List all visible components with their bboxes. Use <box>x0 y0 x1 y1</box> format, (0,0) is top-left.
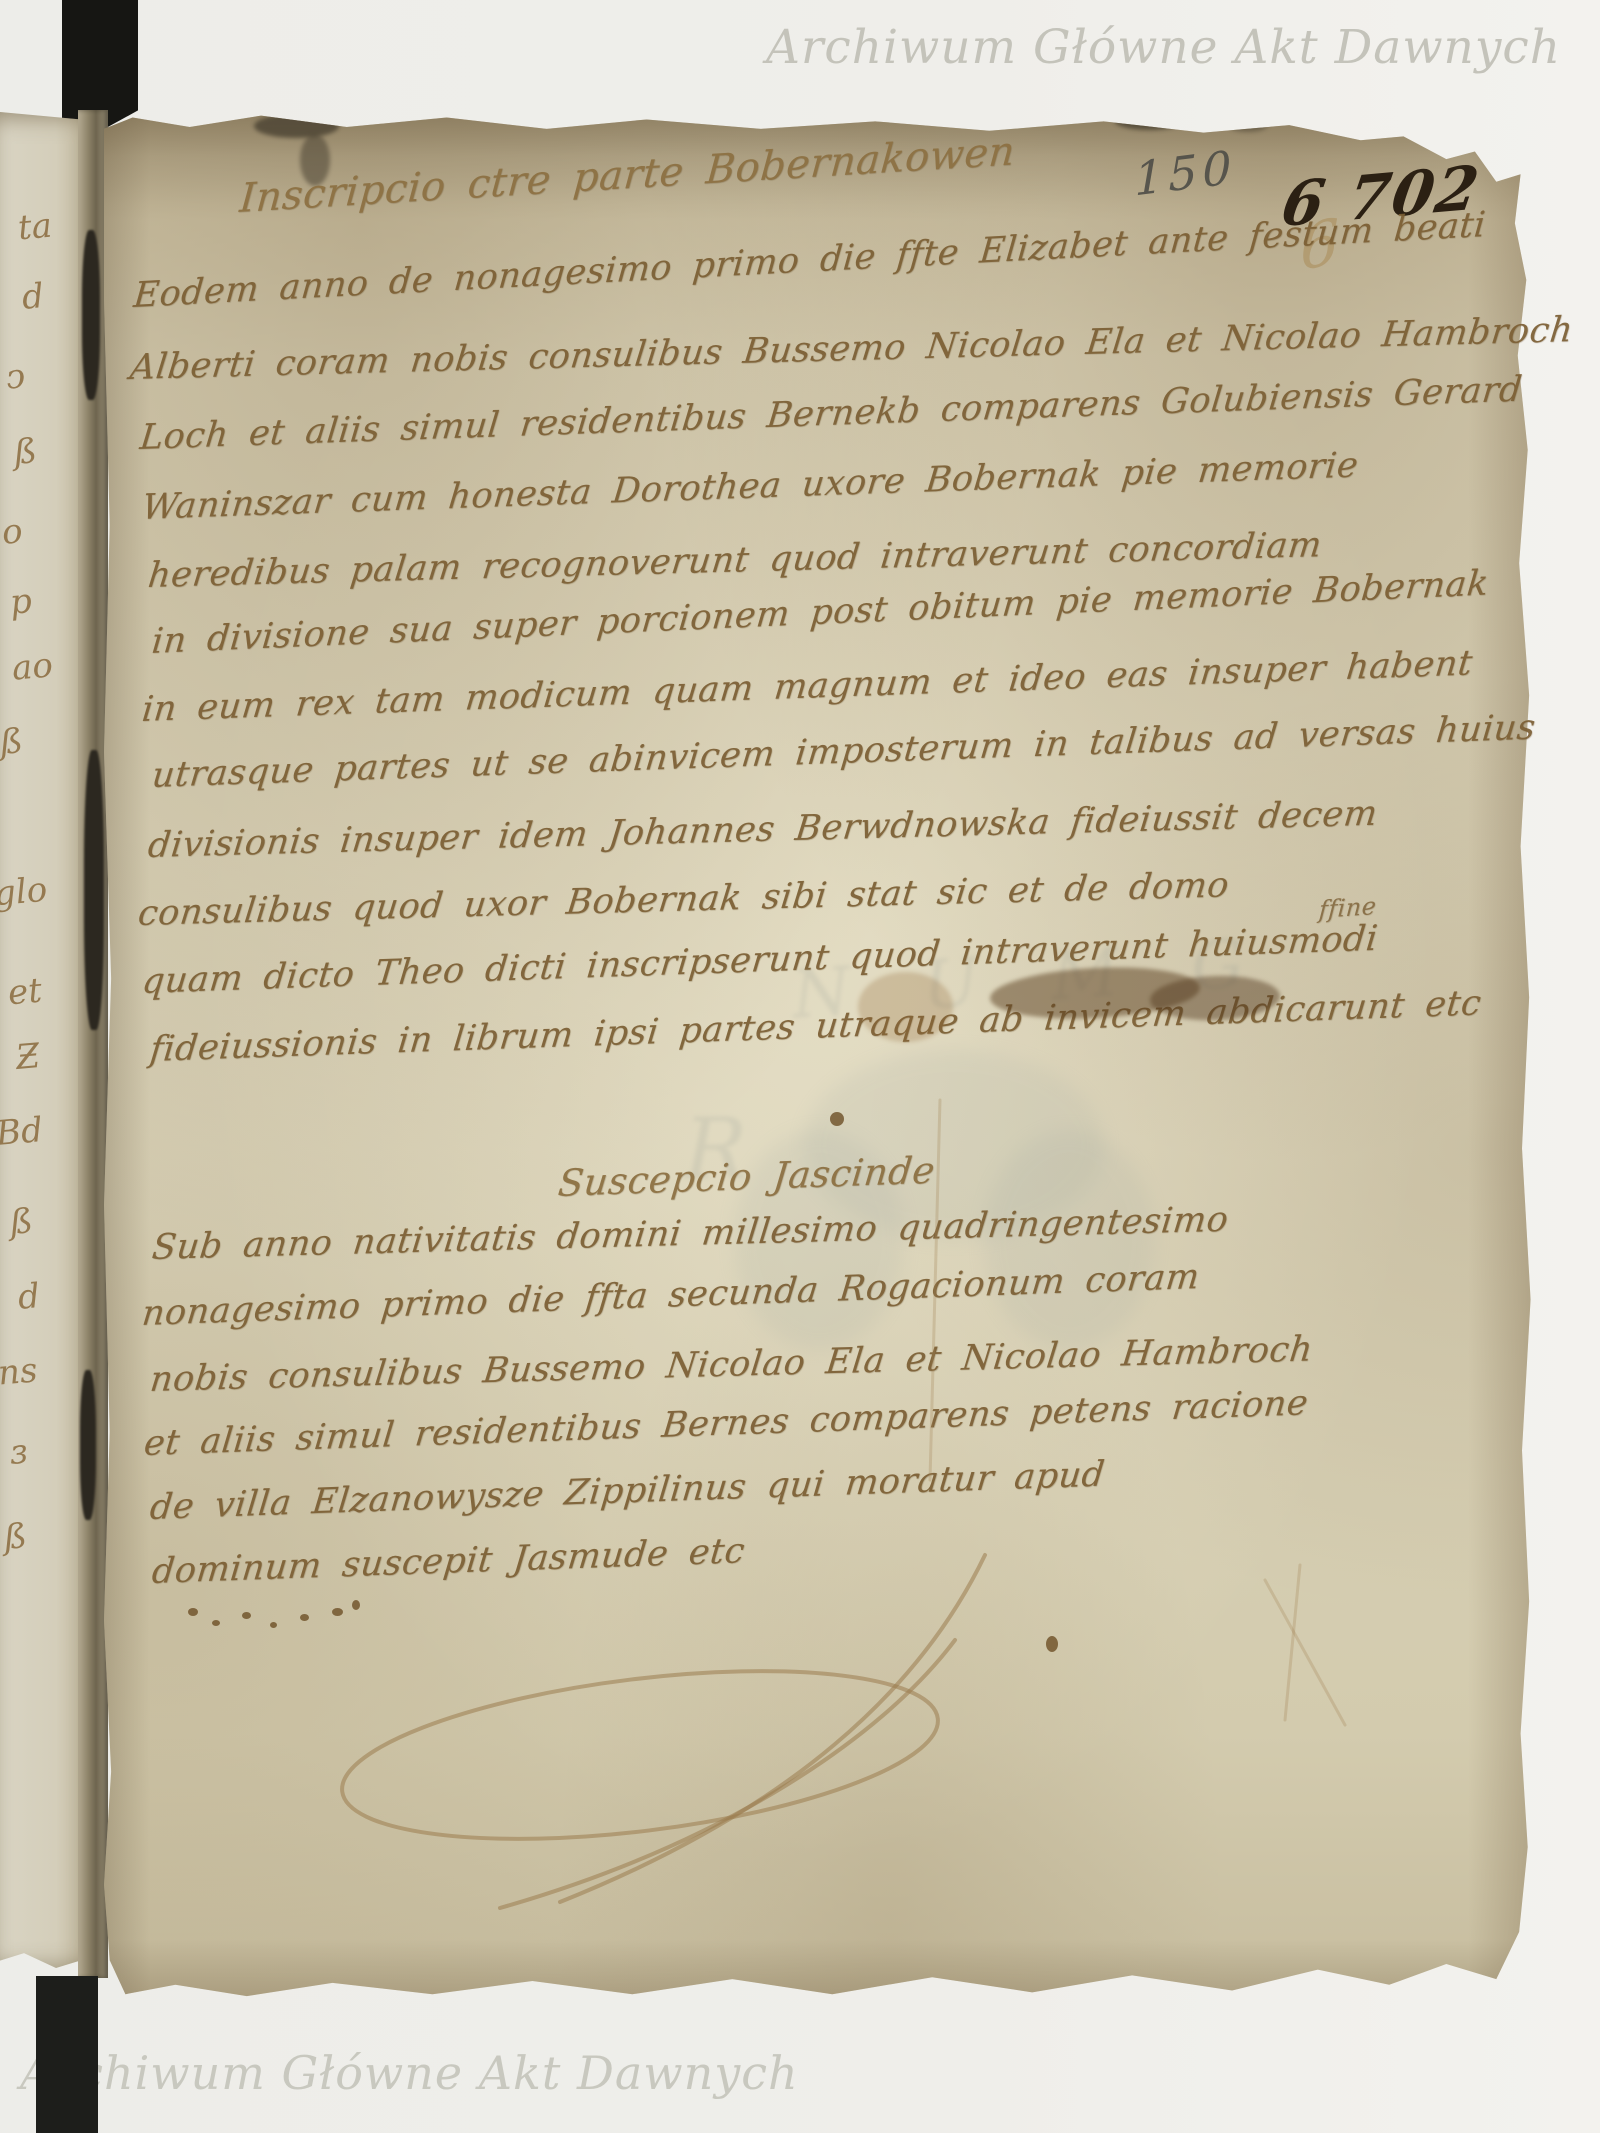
pen-flourish <box>0 0 1600 2133</box>
archival-scan: Archiwum Główne Akt Dawnych Archiwum Głó… <box>0 0 1600 2133</box>
archive-watermark-bottom: Archiwum Główne Akt Dawnych <box>20 2046 799 2100</box>
film-strip-bottom <box>36 1976 98 2133</box>
